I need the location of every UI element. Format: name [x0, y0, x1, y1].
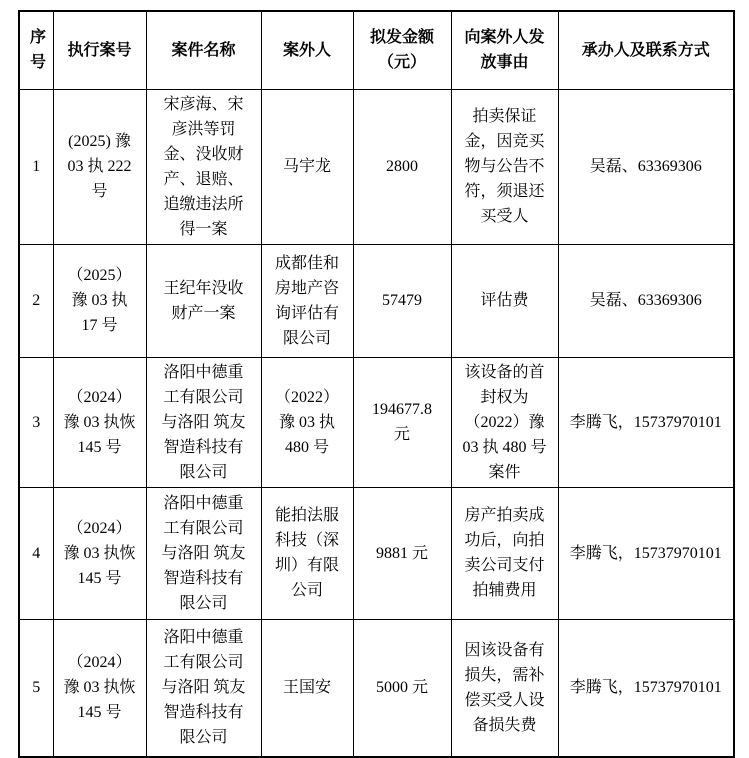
header-case-name: 案件名称: [146, 11, 261, 89]
cell-amount: 9881 元: [353, 487, 451, 619]
table-row: 2 （2025）豫 03 执 17 号 王纪年没收财产一案 成都佳和房地产咨询评…: [19, 244, 734, 357]
cell-case-name: 洛阳中德重工有限公司与洛阳 筑友智造科技有限公司: [146, 357, 261, 487]
cell-case-name: 王纪年没收财产一案: [146, 244, 261, 357]
cell-execution-case-number: (2025) 豫 03 执 222 号: [53, 89, 146, 244]
header-amount: 拟发金额（元）: [353, 11, 451, 89]
cell-execution-case-number: （2025）豫 03 执 17 号: [53, 244, 146, 357]
cell-third-party: （2022）豫 03 执 480 号: [261, 357, 353, 487]
cell-handler-contact: 李腾飞，15737970101: [558, 487, 734, 619]
cell-handler-contact: 吴磊、63369306: [558, 89, 734, 244]
table-row: 4 （2024）豫 03 执恢 145 号 洛阳中德重工有限公司与洛阳 筑友智造…: [19, 487, 734, 619]
cell-execution-case-number: （2024）豫 03 执恢 145 号: [53, 487, 146, 619]
cell-third-party: 王国安: [261, 619, 353, 757]
payout-table: 序号 执行案号 案件名称 案外人 拟发金额（元） 向案外人发放事由 承办人及联系…: [18, 10, 735, 758]
cell-amount: 194677.8 元: [353, 357, 451, 487]
cell-amount: 57479: [353, 244, 451, 357]
cell-case-name: 洛阳中德重工有限公司与洛阳 筑友智造科技有限公司: [146, 619, 261, 757]
cell-payment-reason: 评估费: [451, 244, 558, 357]
cell-amount: 5000 元: [353, 619, 451, 757]
table-row: 5 （2024）豫 03 执恢 145 号 洛阳中德重工有限公司与洛阳 筑友智造…: [19, 619, 734, 757]
cell-handler-contact: 李腾飞，15737970101: [558, 357, 734, 487]
cell-third-party: 马宇龙: [261, 89, 353, 244]
cell-serial-number: 4: [19, 487, 53, 619]
cell-serial-number: 1: [19, 89, 53, 244]
header-row: 序号 执行案号 案件名称 案外人 拟发金额（元） 向案外人发放事由 承办人及联系…: [19, 11, 734, 89]
cell-execution-case-number: （2024）豫 03 执恢 145 号: [53, 357, 146, 487]
cell-serial-number: 3: [19, 357, 53, 487]
header-handler-contact: 承办人及联系方式: [558, 11, 734, 89]
cell-execution-case-number: （2024）豫 03 执恢 145 号: [53, 619, 146, 757]
cell-handler-contact: 李腾飞，15737970101: [558, 619, 734, 757]
header-payment-reason: 向案外人发放事由: [451, 11, 558, 89]
cell-case-name: 洛阳中德重工有限公司与洛阳 筑友智造科技有限公司: [146, 487, 261, 619]
cell-handler-contact: 吴磊、63369306: [558, 244, 734, 357]
header-third-party: 案外人: [261, 11, 353, 89]
table-row: 3 （2024）豫 03 执恢 145 号 洛阳中德重工有限公司与洛阳 筑友智造…: [19, 357, 734, 487]
table-row: 1 (2025) 豫 03 执 222 号 宋彦海、宋彦洪等罚金、没收财产、退赔…: [19, 89, 734, 244]
cell-amount: 2800: [353, 89, 451, 244]
cell-payment-reason: 拍卖保证金，因竞买物与公告不符，须退还买受人: [451, 89, 558, 244]
cell-third-party: 能拍法服科技（深圳）有限公司: [261, 487, 353, 619]
cell-case-name: 宋彦海、宋彦洪等罚金、没收财产、退赔、追缴违法所得一案: [146, 89, 261, 244]
header-serial-number: 序号: [19, 11, 53, 89]
cell-third-party: 成都佳和房地产咨询评估有限公司: [261, 244, 353, 357]
header-execution-case-number: 执行案号: [53, 11, 146, 89]
cell-payment-reason: 房产拍卖成功后，向拍卖公司支付拍辅费用: [451, 487, 558, 619]
cell-serial-number: 5: [19, 619, 53, 757]
cell-payment-reason: 因该设备有损失，需补偿买受人设备损失费: [451, 619, 558, 757]
cell-payment-reason: 该设备的首封权为（2022）豫 03 执 480 号案件: [451, 357, 558, 487]
cell-serial-number: 2: [19, 244, 53, 357]
